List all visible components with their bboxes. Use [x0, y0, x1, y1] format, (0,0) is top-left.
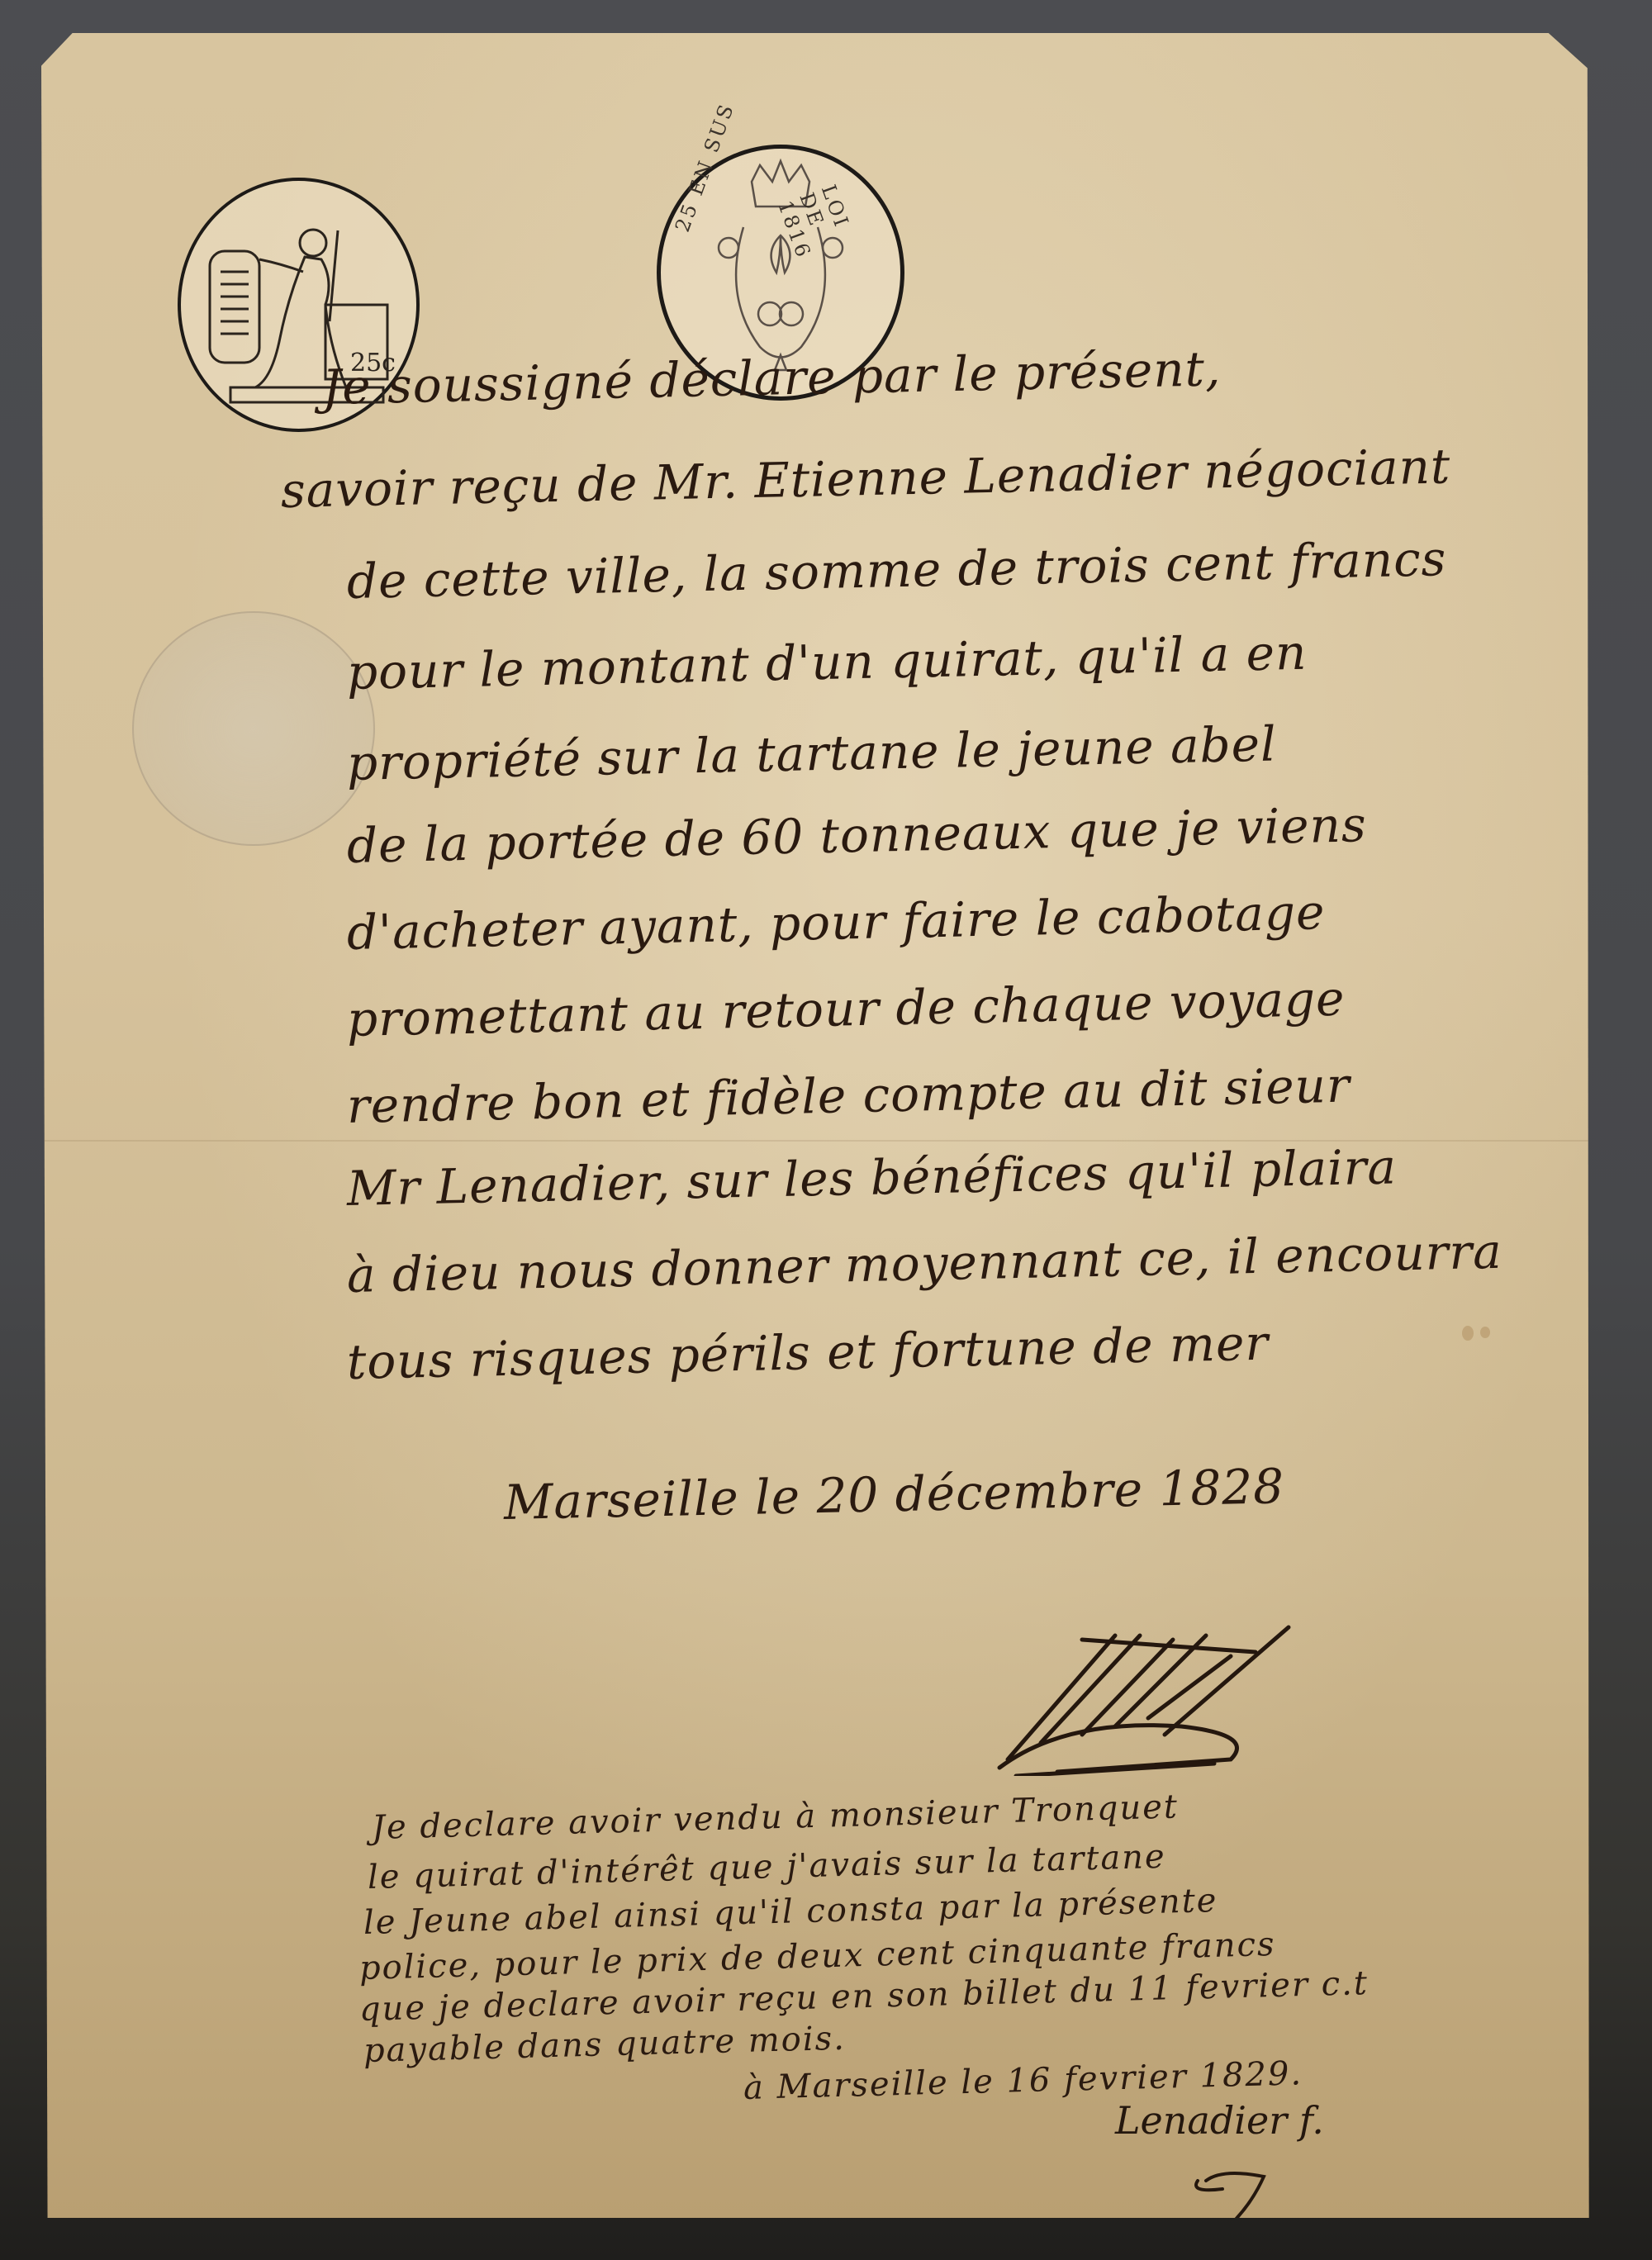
embossed-seal: [132, 611, 375, 846]
second-line-6: payable dans quatre mois.: [363, 2020, 846, 2070]
signature-flourish-icon: [983, 1611, 1330, 1776]
main-place-date: Marseille le 20 décembre 1828: [503, 1458, 1284, 1531]
main-line-1: Je soussigné déclare par le présent,: [321, 340, 1222, 415]
main-line-5: propriété sur la tartane le jeune abel: [346, 715, 1277, 791]
main-line-6: de la portée de 60 tonneaux que je viens: [346, 796, 1367, 874]
main-line-7: d'acheter ayant, pour faire le cabotage: [346, 884, 1326, 961]
stain-spot: [1462, 1326, 1474, 1341]
main-line-3: de cette ville, la somme de trois cent f…: [346, 530, 1447, 610]
main-line-8: promettant au retour de chaque voyage: [346, 971, 1346, 1047]
stain-spot: [1480, 1327, 1490, 1338]
signature-1: [983, 1611, 1330, 1776]
main-line-11: à dieu nous donner moyennant ce, il enco…: [346, 1223, 1502, 1303]
main-line-12: tous risques périls et fortune de mer: [346, 1315, 1269, 1390]
main-line-4: pour le montant d'un quirat, qu'il a en: [346, 624, 1308, 700]
signature-underline-icon: [1099, 2090, 1379, 2255]
main-line-2: savoir reçu de Mr. Etienne Lenadier négo…: [280, 438, 1451, 519]
main-line-9: rendre bon et fidèle compte au dit sieur: [346, 1057, 1351, 1134]
document-page: 25c 25 EN SUS LOI DE 1816 Je soussigné d…: [41, 33, 1598, 2218]
main-line-10: Mr Lenadier, sur les bénéfices qu'il pla…: [346, 1138, 1397, 1217]
signature-2-flourish: [1099, 2090, 1379, 2255]
second-line-1: Je declare avoir vendu à monsieur Tronqu…: [371, 1788, 1179, 1847]
